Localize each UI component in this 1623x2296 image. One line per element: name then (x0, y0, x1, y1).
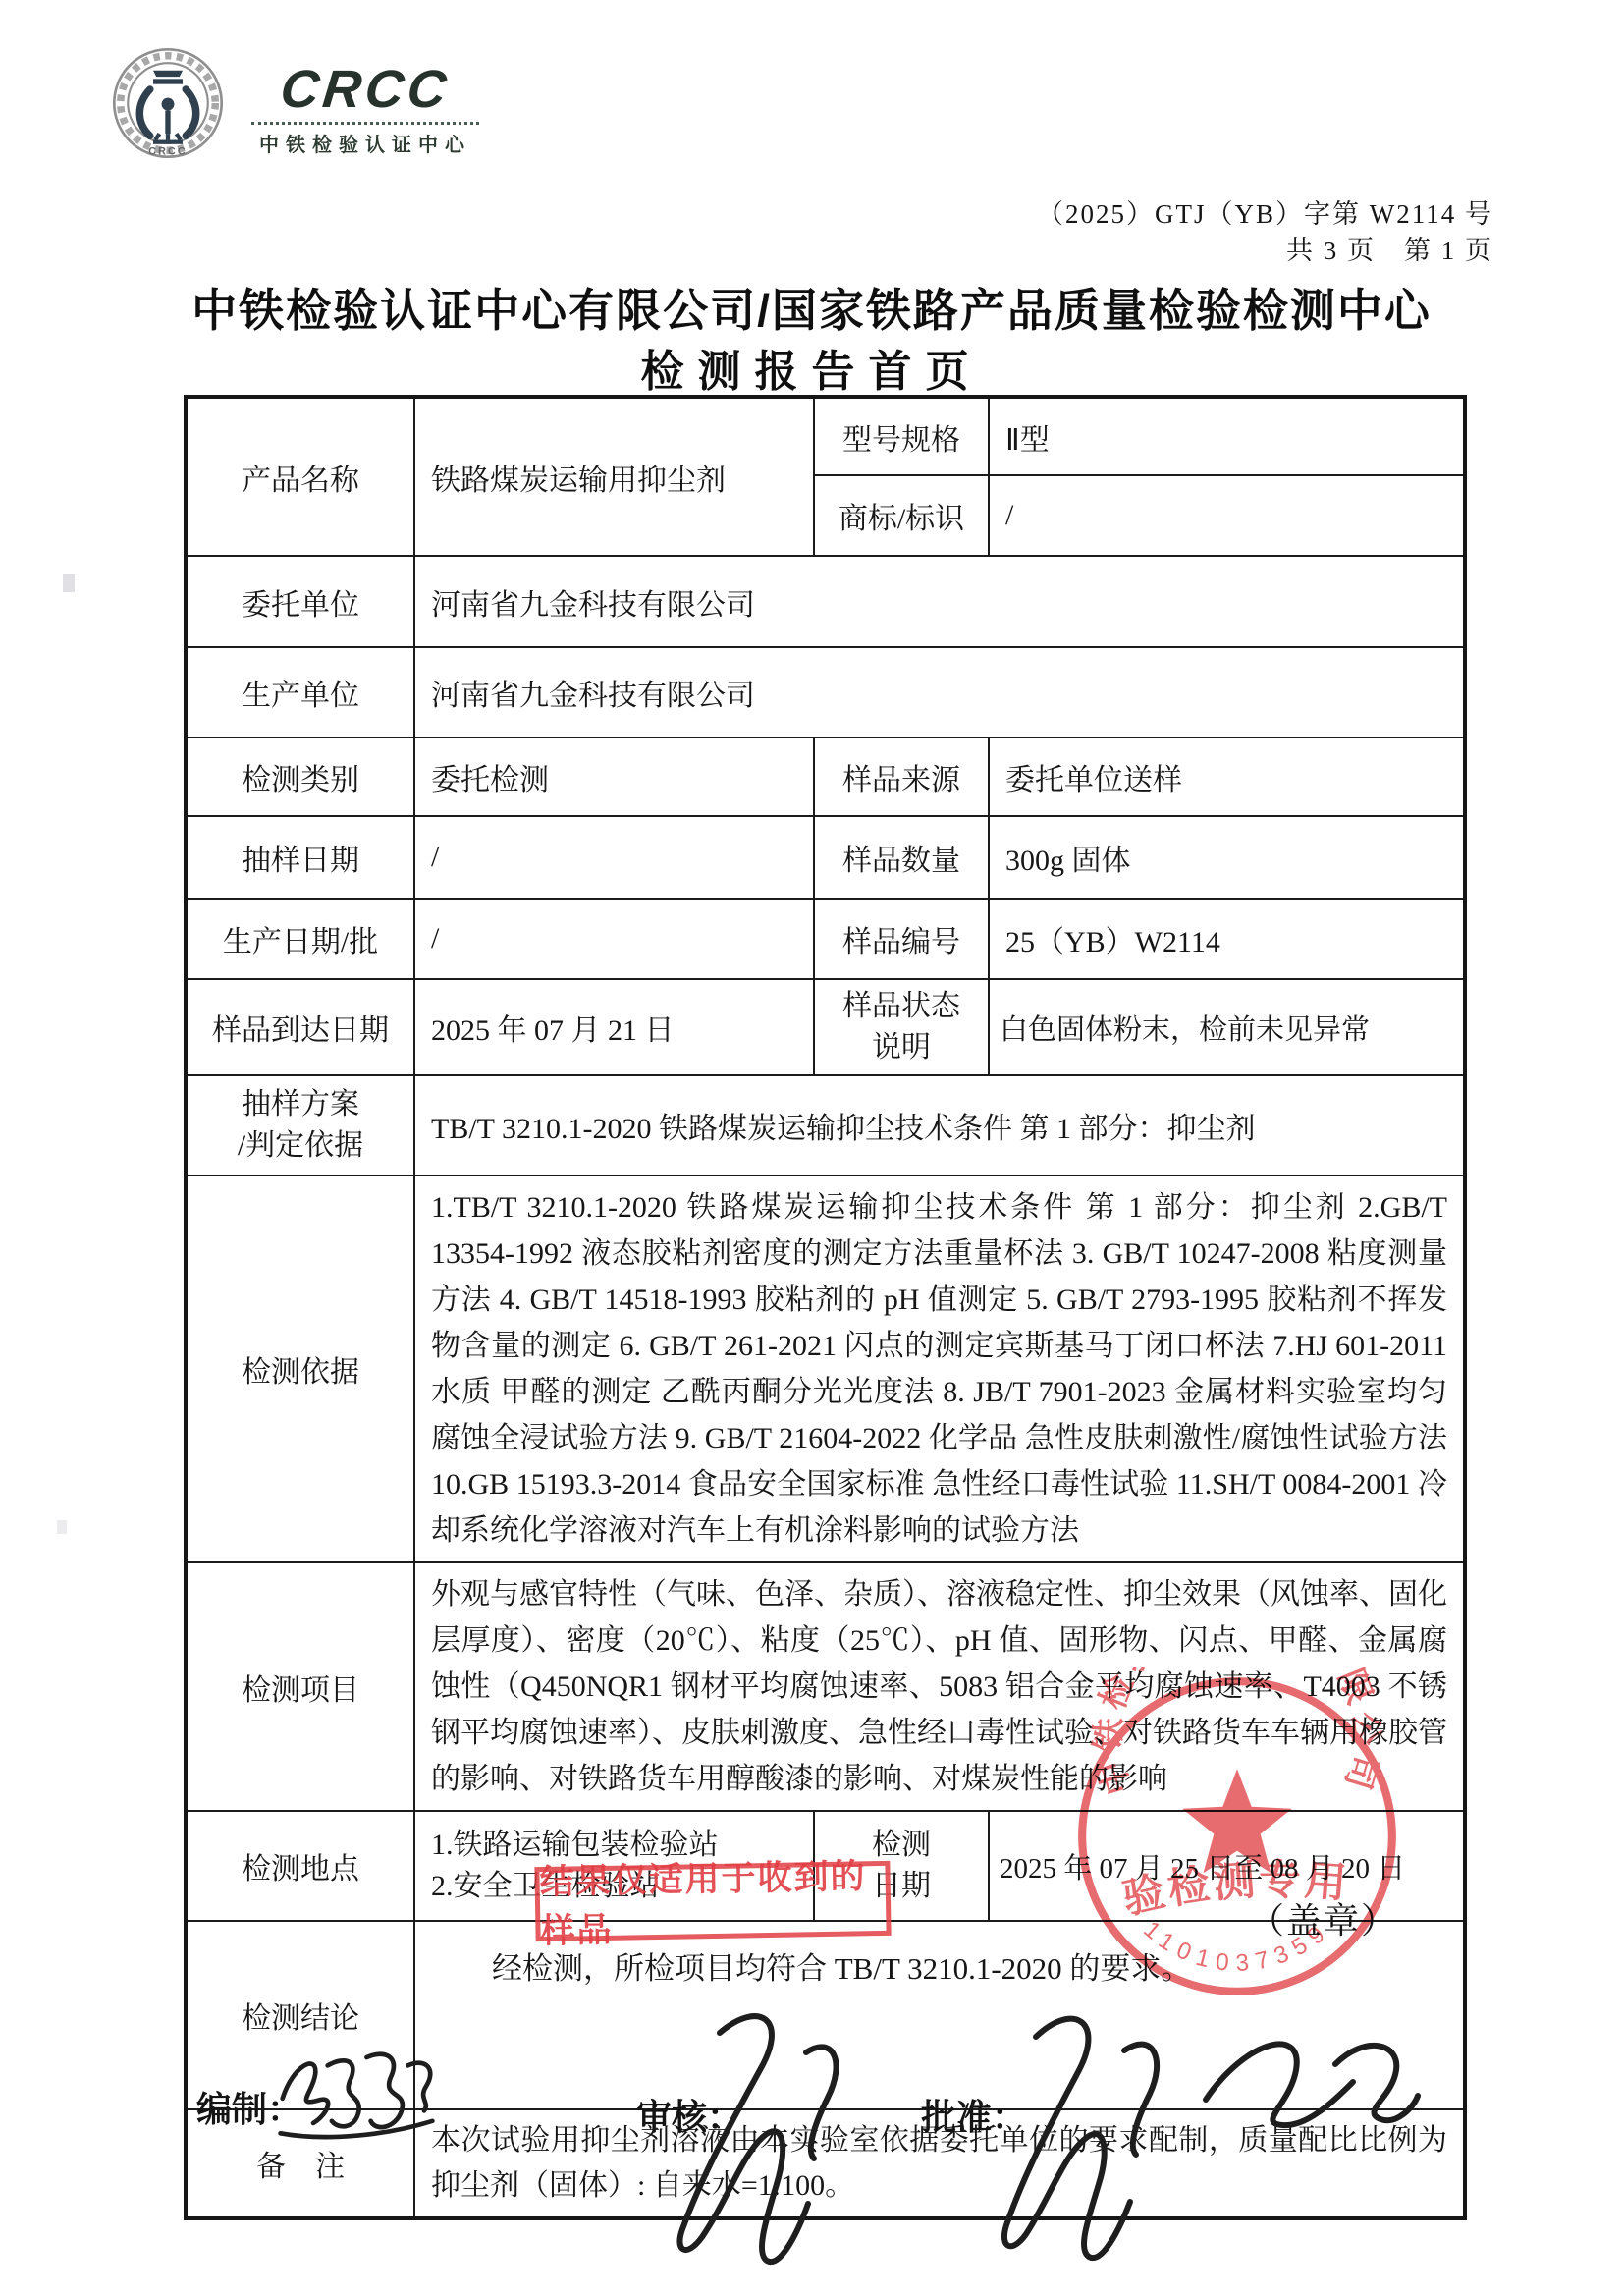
scan-artifact (63, 574, 75, 592)
arrival-date-value: 2025 年 07 月 21 日 (414, 979, 814, 1075)
production-date-label: 生产日期/批 (186, 899, 414, 979)
sample-quantity-label: 样品数量 (814, 816, 989, 899)
svg-text:1101037359: 1101037359 (1138, 1916, 1335, 1977)
trademark-label: 商标/标识 (814, 475, 989, 556)
table-row: 抽样日期 / 样品数量 300g 固体 (186, 816, 1465, 899)
report-number: （2025）GTJ（YB）字第 W2114 号 (1037, 196, 1493, 233)
manufacturer-value: 河南省九金科技有限公司 (414, 647, 1465, 738)
page-count: 共 3 页 第 1 页 (1037, 233, 1493, 269)
model-value: Ⅱ型 (989, 397, 1465, 475)
crcc-wordmark: CRCC 中铁检验认证中心 (247, 63, 483, 157)
trademark-value: / (989, 475, 1465, 556)
table-row: 生产单位 河南省九金科技有限公司 (186, 647, 1465, 738)
table-row: 产品名称 铁路煤炭运输用抑尘剂 型号规格 Ⅱ型 (186, 397, 1465, 475)
prepared-signature (263, 2035, 450, 2148)
table-row: 样品到达日期 2025 年 07 月 21 日 样品状态 说明 白色固体粉末，检… (186, 979, 1465, 1075)
page-title-org: 中铁检验认证中心有限公司/国家铁路产品质量检验检测中心 (0, 275, 1623, 340)
report-page: CRCC CRCC 中铁检验认证中心 （2025）GTJ（YB）字第 W2114… (0, 0, 1623, 2296)
company-seal-icon: 中铁检验认证中心有限公司 检验检测专用章 1101037359 (1068, 1667, 1406, 2005)
emblem-text: CRCC (148, 146, 188, 158)
table-row: 检测依据 1.TB/T 3210.1-2020 铁路煤炭运输抑尘技术条件 第 1… (186, 1175, 1465, 1562)
logo-block: CRCC CRCC 中铁检验认证中心 (110, 45, 522, 173)
result-scope-stamp: 结果仅适用于收到的样品 (534, 1861, 891, 1941)
client-label: 委托单位 (186, 556, 414, 647)
reviewed-signature (643, 1992, 869, 2286)
table-row: 委托单位 河南省九金科技有限公司 (186, 556, 1465, 647)
client-value: 河南省九金科技有限公司 (414, 556, 1465, 647)
test-basis-label: 检测依据 (186, 1175, 414, 1562)
sampling-date-label: 抽样日期 (186, 816, 414, 899)
sample-quantity-value: 300g 固体 (989, 816, 1465, 899)
seal-number: 1101037359 (1138, 1916, 1335, 1977)
sample-state-label: 样品状态 说明 (814, 979, 989, 1075)
sample-source-label: 样品来源 (814, 738, 989, 816)
sampling-plan-value: TB/T 3210.1-2020 铁路煤炭运输抑尘技术条件 第 1 部分：抑尘剂 (414, 1075, 1465, 1175)
report-header: （2025）GTJ（YB）字第 W2114 号 共 3 页 第 1 页 (1037, 196, 1493, 269)
test-items-label: 检测项目 (186, 1562, 414, 1811)
scan-artifact (57, 1520, 67, 1534)
test-basis-value: 1.TB/T 3210.1-2020 铁路煤炭运输抑尘技术条件 第 1 部分：抑… (414, 1175, 1465, 1562)
sample-no-value: 25（YB）W2114 (989, 899, 1465, 979)
sampling-date-value: / (414, 816, 814, 899)
page-title-report: 检测报告首页 (0, 336, 1623, 399)
sampling-plan-label: 抽样方案 /判定依据 (186, 1075, 414, 1175)
table-row: 检测类别 委托检测 样品来源 委托单位送样 (186, 738, 1465, 816)
sample-no-label: 样品编号 (814, 899, 989, 979)
manufacturer-label: 生产单位 (186, 647, 414, 738)
sample-state-value: 白色固体粉末，检前未见异常 (989, 979, 1465, 1075)
sample-source-value: 委托单位送样 (989, 738, 1465, 816)
crcc-logo-text: CRCC (244, 63, 486, 116)
production-date-value: / (414, 899, 814, 979)
test-type-value: 委托检测 (414, 738, 814, 816)
product-name-label: 产品名称 (186, 397, 414, 556)
approved-signature (967, 1992, 1203, 2276)
crcc-emblem-icon: CRCC (110, 45, 226, 161)
crcc-divider (251, 122, 479, 125)
table-row: 生产日期/批 / 样品编号 25（YB）W2114 (186, 899, 1465, 979)
table-row: 抽样方案 /判定依据 TB/T 3210.1-2020 铁路煤炭运输抑尘技术条件… (186, 1075, 1465, 1175)
test-location-label: 检测地点 (186, 1811, 414, 1921)
crcc-logo-subtext: 中铁检验认证中心 (247, 129, 483, 157)
product-name-value: 铁路煤炭运输用抑尘剂 (414, 397, 814, 556)
approved-signature-flourish (1183, 2005, 1429, 2162)
test-type-label: 检测类别 (186, 738, 414, 816)
model-label: 型号规格 (814, 397, 989, 475)
arrival-date-label: 样品到达日期 (186, 979, 414, 1075)
